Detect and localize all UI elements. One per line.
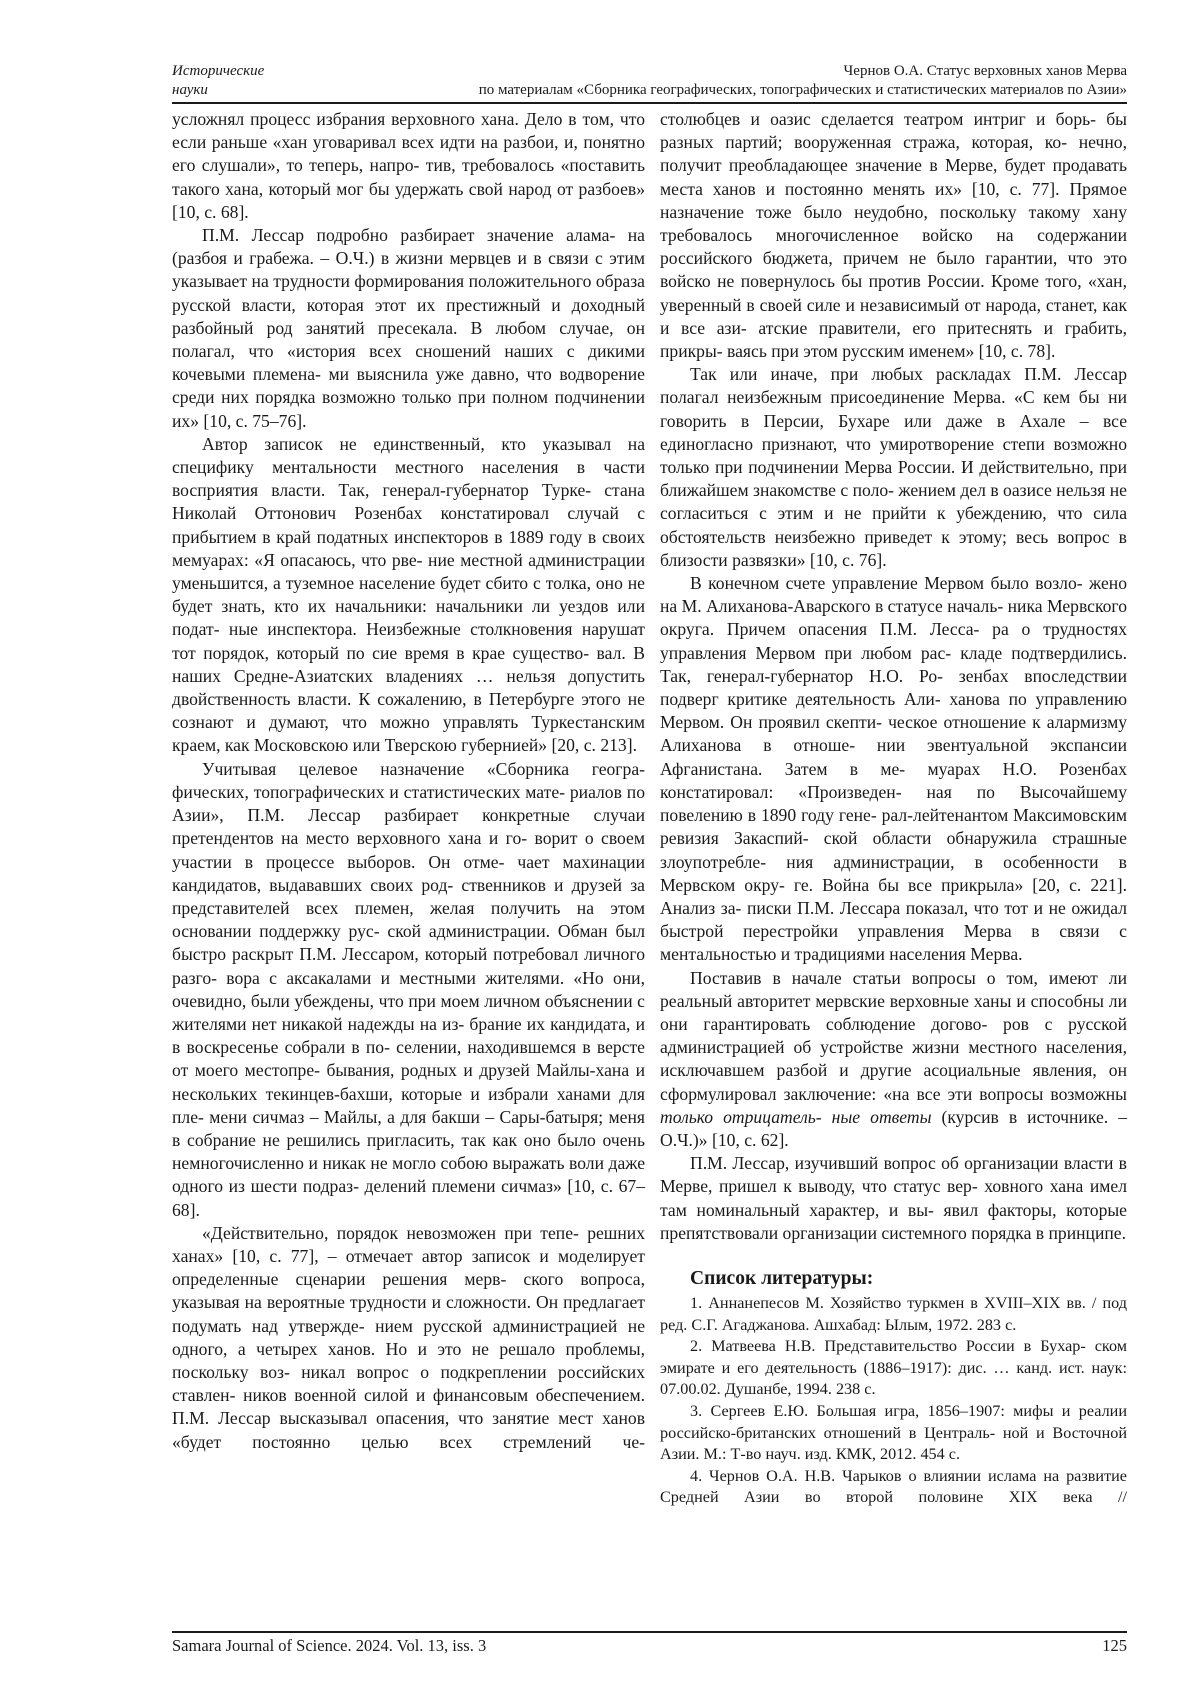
running-title-line2: по материалам «Сборника географических, … xyxy=(479,81,1127,100)
running-title-line1: Чернов О.А. Статус верховных ханов Мерва xyxy=(479,62,1127,81)
journal-citation: Samara Journal of Science. 2024. Vol. 13… xyxy=(172,1636,486,1656)
reference-item: 3. Сергеев Е.Ю. Большая игра, 1856–1907:… xyxy=(660,1401,1127,1466)
left-column: усложнял процесс избрания верховного хан… xyxy=(172,108,645,1454)
references-title: Список литературы: xyxy=(690,1267,1127,1291)
right-column: столюбцев и оазис сделается театром интр… xyxy=(660,108,1127,1509)
paragraph: Так или иначе, при любых раскладах П.М. … xyxy=(660,363,1127,572)
section-label-line2: науки xyxy=(172,81,264,100)
reference-item: 1. Аннанепесов М. Хозяйство туркмен в XV… xyxy=(660,1293,1127,1336)
italic-quote: только отрицатель- ные ответы xyxy=(660,1107,931,1127)
header-rule xyxy=(172,102,1127,104)
paragraph: Учитывая целевое назначение «Сборника ге… xyxy=(172,758,645,1222)
paragraph: столюбцев и оазис сделается театром интр… xyxy=(660,108,1127,363)
reference-item: 4. Чернов О.А. Н.В. Чарыков о влиянии ис… xyxy=(660,1466,1127,1509)
article-page: Исторические науки Чернов О.А. Статус ве… xyxy=(0,0,1200,1697)
paragraph: Автор записок не единственный, кто указы… xyxy=(172,433,645,758)
section-label: Исторические науки xyxy=(172,62,264,100)
references-section: Список литературы: 1. Аннанепесов М. Хоз… xyxy=(660,1267,1127,1509)
paragraph: В конечном счете управление Мервом было … xyxy=(660,572,1127,966)
article-running-title: Чернов О.А. Статус верховных ханов Мерва… xyxy=(479,62,1127,100)
footer-rule xyxy=(172,1631,1127,1633)
paragraph: «Действительно, порядок невозможен при т… xyxy=(172,1222,645,1454)
paragraph: П.М. Лессар, изучивший вопрос об организ… xyxy=(660,1152,1127,1245)
paragraph: усложнял процесс избрания верховного хан… xyxy=(172,108,645,224)
reference-item: 2. Матвеева Н.В. Представительство Росси… xyxy=(660,1336,1127,1401)
paragraph-text: Поставив в начале статьи вопросы о том, … xyxy=(660,968,1127,1104)
paragraph: П.М. Лессар подробно разбирает значение … xyxy=(172,224,645,433)
paragraph: Поставив в начале статьи вопросы о том, … xyxy=(660,967,1127,1153)
page-number: 125 xyxy=(1102,1636,1127,1656)
section-label-line1: Исторические xyxy=(172,62,264,81)
